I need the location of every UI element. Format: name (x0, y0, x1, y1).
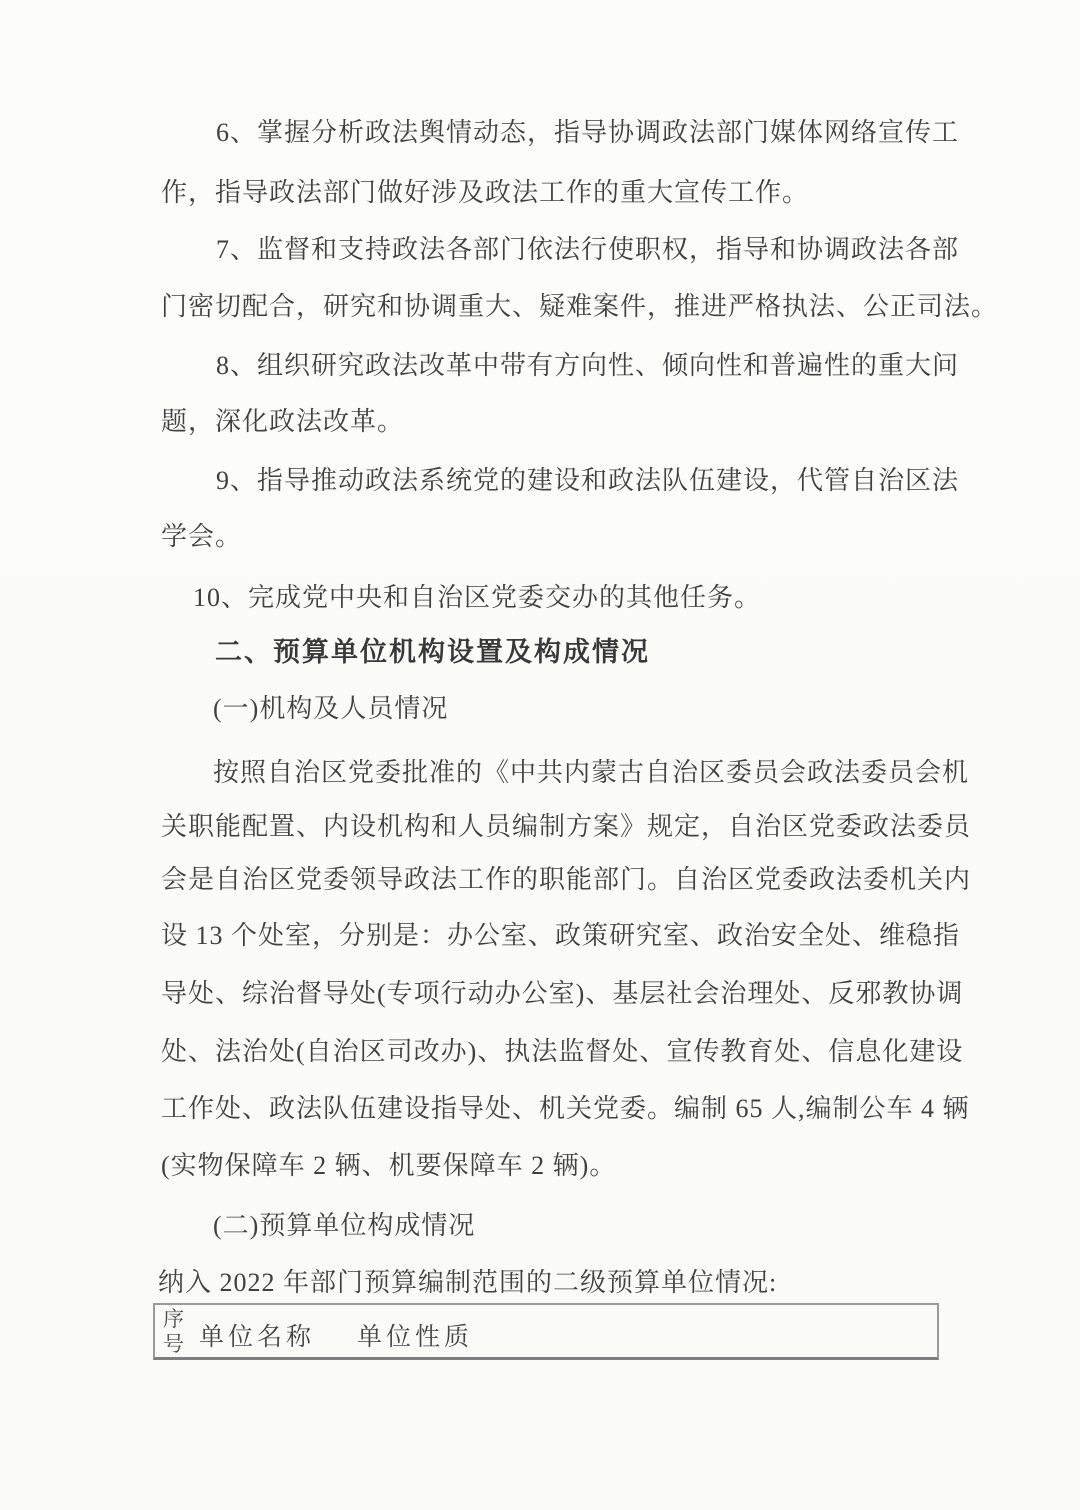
doc-line: 工作处、政法队伍建设指导处、机关党委。编制 65 人,编制公车 4 辆 (161, 1092, 970, 1126)
doc-line: 会是自治区党委领导政法工作的职能部门。自治区党委政法委机关内 (161, 863, 971, 897)
doc-line: 处、法治处(自治区司改办)、执法监督处、宣传教育处、信息化建设 (161, 1035, 963, 1069)
doc-line-table-intro: 纳入 2022 年部门预算编制范围的二级预算单位情况: (158, 1266, 777, 1300)
doc-line: (实物保障车 2 辆、机要保障车 2 辆)。 (161, 1149, 616, 1183)
table-header-serial-line2: 号 (163, 1332, 187, 1357)
doc-line: 导处、综治督导处(专项行动办公室)、基层社会治理处、反邪教协调 (161, 977, 963, 1011)
doc-line: 题，深化政法改革。 (161, 405, 404, 439)
doc-line-item-8: 8、组织研究政法改革中带有方向性、倾向性和普遍性的重大问 (216, 349, 959, 383)
doc-line: 按照自治区党委批准的《中共内蒙古自治区委员会政法委员会机 (213, 756, 969, 790)
subsection-heading-2: (二)预算单位构成情况 (213, 1209, 475, 1243)
scanned-document-page: 6、掌握分析政法舆情动态，指导协调政法部门媒体网络宣传工 作，指导政法部门做好涉… (0, 0, 1080, 1510)
table-header-serial-line1: 序 (163, 1307, 187, 1332)
doc-line: 关职能配置、内设机构和人员编制方案》规定，自治区党委政法委员 (161, 810, 971, 844)
table-header-unit-name: 单位名称 (199, 1317, 315, 1353)
doc-line-item-7: 7、监督和支持政法各部门依法行使职权，指导和协调政法各部 (216, 233, 959, 267)
budget-units-table: 序 号 单位名称 单位性质 (153, 1303, 939, 1360)
doc-line-item-9: 9、指导推动政法系统党的建设和政法队伍建设，代管自治区法 (216, 464, 959, 498)
doc-line: 学会。 (161, 520, 242, 554)
table-header-unit-type: 单位性质 (357, 1317, 473, 1353)
subsection-heading-1: (一)机构及人员情况 (213, 692, 448, 726)
table-header-serial: 序 号 (163, 1307, 187, 1357)
doc-line: 门密切配合，研究和协调重大、疑难案件，推进严格执法、公正司法。 (161, 290, 998, 324)
doc-line-item-6: 6、掌握分析政法舆情动态，指导协调政法部门媒体网络宣传工 (216, 116, 959, 150)
doc-line: 作，指导政法部门做好涉及政法工作的重大宣传工作。 (161, 176, 809, 210)
doc-line-item-10: 10、完成党中央和自治区党委交办的其他任务。 (193, 581, 761, 615)
doc-line: 设 13 个处室，分别是：办公室、政策研究室、政治安全处、维稳指 (161, 919, 960, 953)
section-heading-2: 二、预算单位机构设置及构成情况 (215, 635, 650, 669)
